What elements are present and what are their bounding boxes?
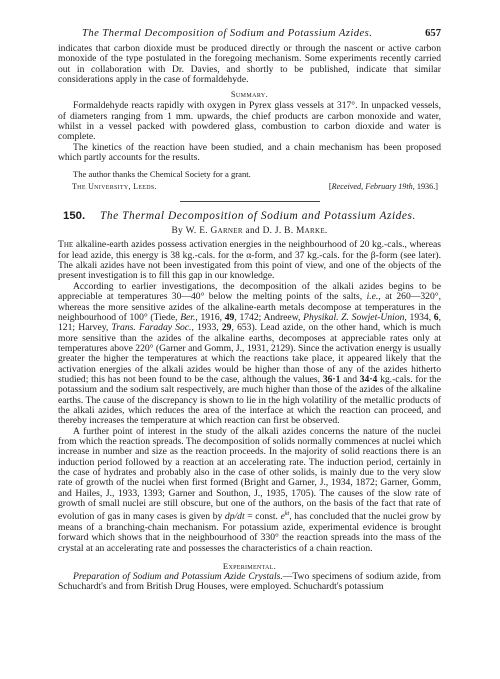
affiliation: The University, Leeds.: [72, 182, 157, 191]
journal-page: The Thermal Decomposition of Sodium and …: [58, 26, 441, 593]
body-paragraph-3: A further point of interest in the study…: [58, 427, 441, 554]
article-divider: [180, 201, 320, 202]
summary-heading: Summary.: [58, 90, 441, 99]
page-number: 657: [425, 28, 441, 39]
text: = const.: [245, 512, 281, 523]
author-1: W. E. Garner: [186, 226, 243, 236]
article-title-text: The Thermal Decomposition of Sodium and …: [100, 210, 416, 222]
running-head-title: The Thermal Decomposition of Sodium and …: [82, 28, 372, 39]
formula: dp/dt: [225, 512, 245, 523]
experimental-paragraph: Preparation of Sodium and Potassium Azid…: [58, 572, 441, 593]
text: and: [340, 374, 359, 385]
journal-name: Trans. Faraday Soc.: [111, 322, 191, 333]
body-paragraph-2: According to earlier investigations, the…: [58, 282, 441, 427]
byline-and: and: [245, 226, 259, 236]
article-title: 150. The Thermal Decomposition of Sodium…: [58, 210, 441, 225]
paragraph-text: alkaline-earth azides possess activation…: [58, 239, 441, 281]
text: , 1916,: [195, 312, 224, 323]
received-date-value: February 19th,: [365, 182, 415, 191]
experimental-subheading: Preparation of Sodium and Potassium Azid…: [73, 571, 283, 582]
text: , 1934,: [404, 312, 433, 323]
body-paragraph-1: The alkaline-earth azides possess activa…: [58, 240, 441, 281]
summary-paragraph-1: Formaldehyde reacts rapidly with oxygen …: [58, 101, 441, 142]
value: 36·1: [323, 374, 341, 385]
author-2: D. J. B. Marke.: [263, 226, 328, 236]
affiliation-line: The University, Leeds. [Received, Februa…: [58, 181, 441, 193]
volume-number: 49: [225, 312, 235, 323]
text: , 1742; Andreew,: [234, 312, 303, 323]
text: , 1933,: [191, 322, 221, 333]
text-italic: i.e.: [367, 291, 379, 302]
experimental-heading: Experimental.: [58, 561, 441, 571]
received-date: [Received, February 19th, 1936.]: [329, 182, 438, 191]
journal-name: Physikal. Z. Sowjet-Union: [303, 312, 404, 323]
acknowledgement: The author thanks the Chemical Society f…: [58, 169, 441, 179]
prev-article-conclusion: indicates that carbon dioxide must be pr…: [58, 44, 441, 85]
summary-paragraph-2: The kinetics of the reaction have been s…: [58, 143, 441, 164]
byline-prefix: By: [171, 226, 183, 236]
lead-word: The: [58, 239, 73, 250]
byline: By W. E. Garner and D. J. B. Marke.: [58, 226, 441, 236]
journal-name: Ber.: [180, 312, 195, 323]
article-number: 150.: [63, 210, 85, 222]
received-label: Received,: [332, 182, 364, 191]
text: A further point of interest in the study…: [58, 426, 441, 523]
received-year: 1936.: [417, 182, 435, 191]
value: 34·4: [360, 374, 378, 385]
running-head: The Thermal Decomposition of Sodium and …: [58, 26, 441, 42]
